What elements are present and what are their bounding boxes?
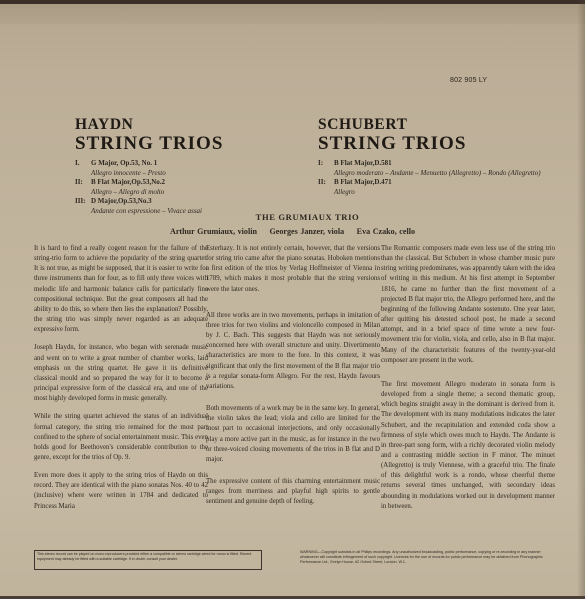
paragraph: While the string quartet achieved the st… [34, 412, 208, 463]
work-movements: Allegro [334, 188, 392, 198]
paragraph: All three works are in two movements, pe… [206, 311, 380, 392]
work-item: I. G Major, Op.53, No. 1 Allegro innocen… [75, 159, 295, 178]
paragraph: Even more does it apply to the string tr… [34, 471, 208, 512]
work-item: II: B Flat Major,Op.53,No.2 Allegro – Al… [75, 178, 295, 197]
haydn-program: HAYDN STRING TRIOS I. G Major, Op.53, No… [75, 116, 295, 217]
work-title: B Flat Major,D.471 [334, 178, 392, 188]
haydn-composer: HAYDN [75, 116, 295, 133]
work-title: B Flat Major,D.581 [334, 159, 541, 169]
paragraph: Esterhazy. It is not entirely certain, h… [206, 244, 380, 295]
performer-viola: Georges Janzer, viola [269, 227, 344, 236]
haydn-title: STRING TRIOS [75, 133, 295, 154]
liner-notes-column-2: Esterhazy. It is not entirely certain, h… [206, 244, 380, 515]
work-number: I: [318, 159, 334, 178]
work-number: II: [75, 178, 91, 197]
work-movements: Allegro moderato – Andante – Menuetto (A… [334, 169, 541, 179]
paragraph: The Romantic composers made even less us… [381, 244, 555, 366]
performer-violin: Arthur Grumiaux, violin [170, 227, 257, 236]
haydn-works-list: I. G Major, Op.53, No. 1 Allegro innocen… [75, 159, 295, 217]
paragraph: Joseph Haydn, for instance, who began wi… [34, 343, 208, 404]
work-number: I. [75, 159, 91, 178]
performers-list: Arthur Grumiaux, violin Georges Janzer, … [0, 227, 585, 236]
work-movements: Allegro innocente – Presto [91, 169, 166, 179]
liner-notes-column-3: The Romantic composers made even less us… [381, 244, 555, 520]
schubert-program: SCHUBERT STRING TRIOS I: B Flat Major,D.… [318, 116, 548, 197]
album-back-cover: 802 905 LY HAYDN STRING TRIOS I. G Major… [0, 0, 585, 599]
ensemble-name: THE GRUMIAUX TRIO [0, 212, 585, 222]
work-number: II: [318, 178, 334, 197]
liner-notes-column-1: It is hard to find a really cogent reaso… [34, 244, 208, 520]
paragraph: Both movements of a work may be in the s… [206, 404, 380, 465]
paragraph: The expressive content of this charming … [206, 477, 380, 507]
work-title: D Major,Op.53,No.3 [91, 197, 202, 207]
stereo-compatibility-notice: This stereo record can be played on mono… [34, 550, 262, 570]
catalog-number: 802 905 LY [450, 77, 487, 84]
work-movements: Allegro – Allegro di molto [91, 188, 165, 198]
paragraph: The first movement Allegro moderato in s… [381, 380, 555, 512]
paragraph: It is hard to find a really cogent reaso… [34, 244, 208, 335]
performer-cello: Eva Czako, cello [357, 227, 415, 236]
schubert-works-list: I: B Flat Major,D.581 Allegro moderato –… [318, 159, 548, 197]
copyright-warning: WARNING—Copyright subsists in all Philip… [300, 550, 550, 565]
sleeve-fold [0, 4, 585, 24]
work-title: G Major, Op.53, No. 1 [91, 159, 166, 169]
schubert-composer: SCHUBERT [318, 116, 548, 133]
sleeve-right-shadow [577, 0, 585, 599]
work-title: B Flat Major,Op.53,No.2 [91, 178, 165, 188]
work-item: II: B Flat Major,D.471 Allegro [318, 178, 548, 197]
work-item: I: B Flat Major,D.581 Allegro moderato –… [318, 159, 548, 178]
schubert-title: STRING TRIOS [318, 133, 548, 154]
